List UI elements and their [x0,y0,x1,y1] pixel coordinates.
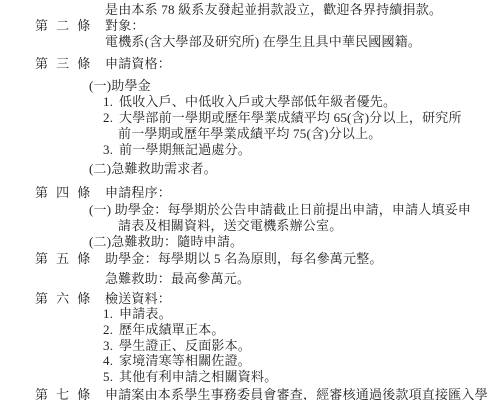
list-item-text: 家境清寒等相關佐證。 [119,353,251,368]
list-item-numbered: 1.申請表。 [0,306,495,322]
list-item-number: 2. [103,322,119,338]
document-page: 是由本系 78 級系友發起並捐款設立，歡迎各界持續捐款。 第 二 條 對象： 電… [0,0,495,400]
list-item-numbered: 2.大學部前一學期或歷年學業成績平均 65(含)分以上，研究所 [0,110,495,126]
article-number: 第 三 條 [35,56,105,72]
list-item-number: 3. [103,142,119,158]
list-item-numbered: 1.低收入戶、中低收入戶或大學部低年級者優先。 [0,94,495,110]
list-item-text: 低收入戶、中低收入戶或大學部低年級者優先。 [119,94,396,109]
list-item-paren: (二)急難救助需求者。 [0,161,495,177]
list-item-text: 大學部前一學期或歷年學業成績平均 65(含)分以上，研究所 [119,110,462,125]
article-number: 第 六 條 [35,291,105,307]
article-text: 對象： [105,18,145,33]
list-item-text: 前一學期無記過處分。 [119,142,251,157]
list-item-text: 學生證正、反面影本。 [119,338,251,353]
article-text: 申請程序： [105,185,171,200]
list-item-text: 其他有利申請之相關資料。 [119,369,277,384]
list-item-number: 4. [103,353,119,369]
list-item-paren: (一)助學金 [0,78,495,94]
list-item-number: 1. [103,306,119,322]
article-text: 申請案由本系學生事務委員會審查，經審核通過後款項直接匯入學 [105,387,488,400]
body-text-line: 是由本系 78 級系友發起並捐款設立，歡迎各界持續捐款。 [0,2,495,18]
list-item-numbered: 4.家境清寒等相關佐證。 [0,353,495,369]
list-item-paren: (一) 助學金：每學期於公告申請截止日前提出申請，申請人填妥申 [0,202,495,218]
article-line: 第 三 條 申請資格： [0,56,495,72]
article-text: 助學金：每學期以 5 名為原則，每名參萬元整。 [105,251,383,266]
article-line: 第 五 條 助學金：每學期以 5 名為原則，每名參萬元整。 [0,251,495,267]
article-number: 第 五 條 [35,251,105,267]
list-item-number: 3. [103,338,119,354]
body-text-line: 電機系(含大學部及研究所) 在學生且具中華民國國籍。 [0,34,495,50]
article-number: 第 七 條 [35,387,105,400]
list-item-number: 2. [103,110,119,126]
list-item-numbered: 5.其他有利申請之相關資料。 [0,369,495,385]
article-line: 第 六 條 檢送資料： [0,291,495,307]
article-text: 申請資格： [105,56,171,71]
article-line: 第 四 條 申請程序： [0,185,495,201]
article-number: 第 四 條 [35,185,105,201]
list-item-paren: (二)急難救助：隨時申請。 [0,234,495,250]
list-item-numbered: 3.前一學期無記過處分。 [0,142,495,158]
list-item-text: 歷年成績單正本。 [119,322,225,337]
continuation-line: 請表及相關資料，送交電機系辦公室。 [0,218,495,234]
list-item-numbered: 2.歷年成績單正本。 [0,322,495,338]
continuation-line: 前一學期或歷年學業成績平均 75(含)分以上。 [0,126,495,142]
article-number: 第 二 條 [35,18,105,34]
list-item-text: 申請表。 [119,306,172,321]
list-item-numbered: 3.學生證正、反面影本。 [0,338,495,354]
article-line: 第 七 條 申請案由本系學生事務委員會審查，經審核通過後款項直接匯入學 [0,387,495,400]
article-line: 第 二 條 對象： [0,18,495,34]
body-text-line: 急難救助：最高參萬元。 [0,271,495,287]
list-item-number: 1. [103,94,119,110]
article-text: 檢送資料： [105,291,171,306]
list-item-number: 5. [103,369,119,385]
